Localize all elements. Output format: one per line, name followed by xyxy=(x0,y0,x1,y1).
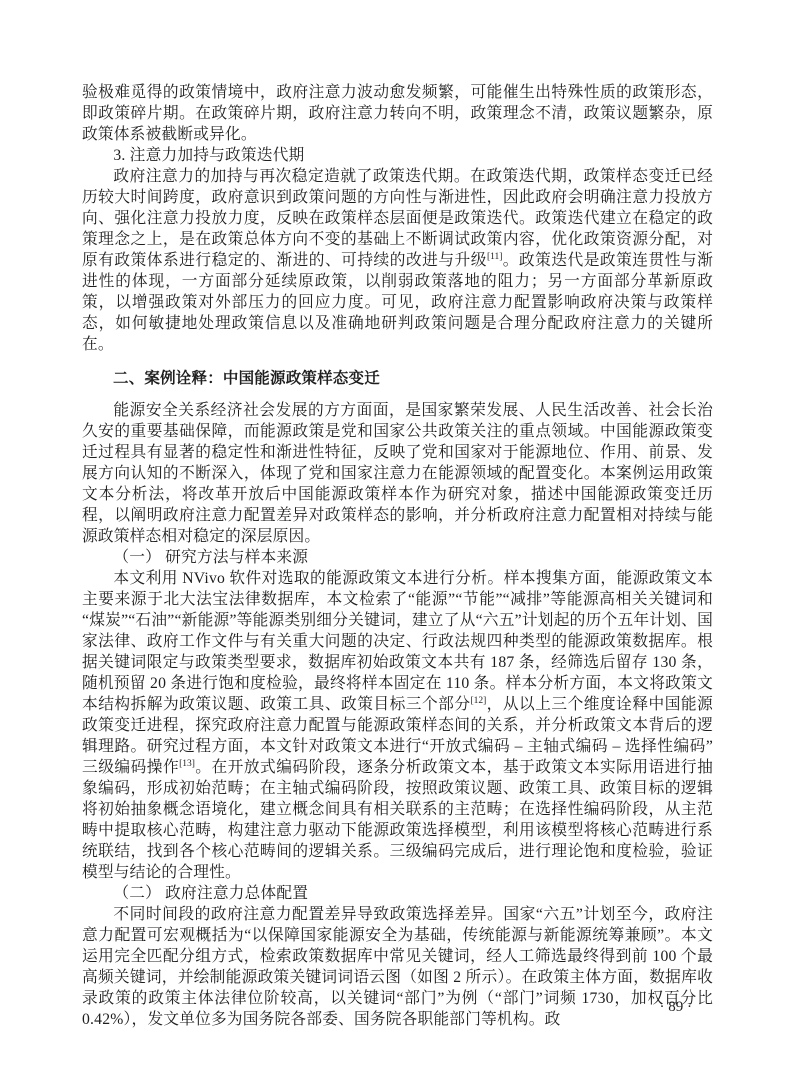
citation-marker: [11] xyxy=(487,252,502,262)
citation-marker: [13] xyxy=(179,759,195,769)
subsection-heading-method: （一） 研究方法与样本来源 xyxy=(82,547,713,568)
citation-marker: [12] xyxy=(471,696,487,706)
paper-page: 验极难觅得的政策情境中，政府注意力波动愈发频繁，可能催生出特殊性质的政策形态，即… xyxy=(0,0,793,1077)
subsection-heading-iteration: 3. 注意力加持与政策迭代期 xyxy=(82,145,713,166)
text-column: 验极难觅得的政策情境中，政府注意力波动愈发频繁，可能催生出特殊性质的政策形态，即… xyxy=(82,82,713,1030)
paragraph-energy-overview: 能源安全关系经济社会发展的方方面面，是国家繁荣发展、人民生活改善、社会长治久安的… xyxy=(82,400,713,547)
section-heading-case-study: 二、案例诠释：中国能源政策样态变迁 xyxy=(82,368,713,389)
paragraph-continuation: 验极难觅得的政策情境中，政府注意力波动愈发频繁，可能催生出特殊性质的政策形态，即… xyxy=(82,82,713,145)
page-number: · 89 · xyxy=(660,997,693,1018)
paragraph-attention-allocation: 不同时间段的政府注意力配置差异导致政策选择差异。国家“六五”计划至今，政府注意力… xyxy=(82,904,713,1030)
paragraph-method-sample: 本文利用 NVivo 软件对选取的能源政策文本进行分析。样本搜集方面，能源政策文… xyxy=(82,568,713,883)
paragraph-iteration: 政府注意力的加持与再次稳定造就了政策迭代期。在政策迭代期，政策样态变迁已经历较大… xyxy=(82,166,713,355)
subsection-heading-attention: （二） 政府注意力总体配置 xyxy=(82,883,713,904)
